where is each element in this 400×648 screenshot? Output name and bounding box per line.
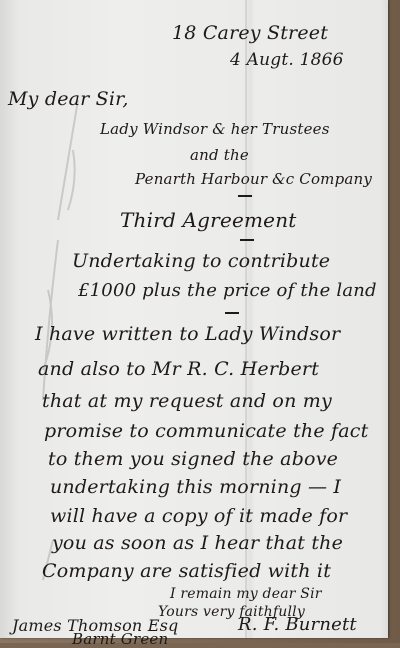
body-line-1: I have written to Lady Windsor: [35, 323, 340, 345]
subject-line-3: Penarth Harbour &c Company: [135, 170, 372, 188]
letter-date: 4 Augt. 1866: [230, 50, 344, 70]
body-line-4: promise to communicate the fact: [44, 420, 368, 442]
separator-dash: [238, 195, 252, 197]
subject-line-2: and the: [190, 146, 249, 164]
closing-line-1: I remain my dear Sir: [170, 586, 322, 602]
agreement-title: Third Agreement: [120, 208, 297, 232]
subject-line-5: £1000 plus the price of the land: [78, 280, 377, 301]
body-line-8: you as soon as I hear that the: [52, 532, 343, 554]
body-line-7: will have a copy of it made for: [50, 505, 347, 527]
subject-line-4: Undertaking to contribute: [72, 250, 330, 272]
body-line-2: and also to Mr R. C. Herbert: [38, 358, 319, 380]
body-line-9: Company are satisfied with it: [42, 560, 331, 582]
separator-dash: [240, 239, 254, 241]
signature: R. F. Burnett: [238, 614, 357, 635]
sender-address: 18 Carey Street: [172, 22, 328, 44]
letter-page: 18 Carey Street 4 Augt. 1866 My dear Sir…: [0, 0, 388, 638]
body-line-5: to them you signed the above: [48, 448, 338, 470]
body-line-3: that at my request and on my: [42, 390, 332, 412]
separator-dash: [225, 312, 239, 314]
salutation: My dear Sir,: [8, 88, 129, 110]
subject-line-1: Lady Windsor & her Trustees: [100, 120, 330, 138]
body-line-6: undertaking this morning — I: [50, 476, 341, 498]
recipient-place: Barnt Green: [72, 632, 168, 643]
